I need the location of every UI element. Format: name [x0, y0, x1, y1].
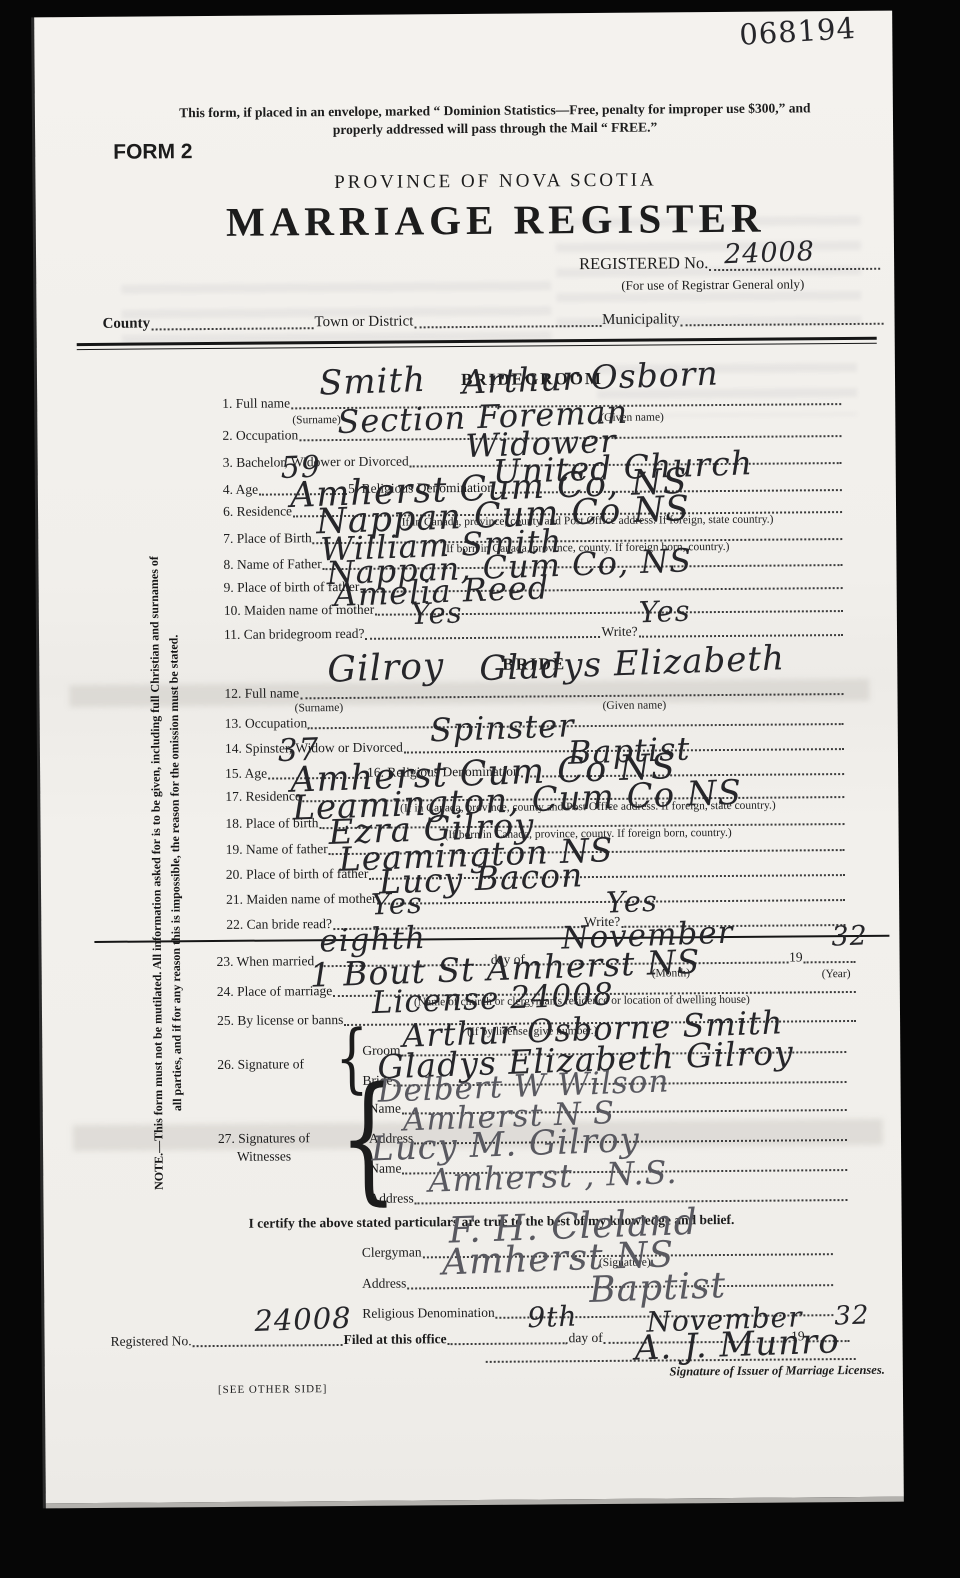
dotted-line — [308, 720, 844, 729]
witnesses-label-line2: Witnesses — [218, 1147, 310, 1165]
given-name-hint: (Given name) — [603, 700, 667, 712]
registrar-note: (For use of Registrar General only) — [621, 276, 804, 293]
address-label: Address — [369, 1191, 413, 1207]
form-sheet: 068194 This form, if placed in an envelo… — [34, 11, 904, 1504]
field-label: 12. Full name — [224, 686, 299, 702]
surname-hint: (Surname) — [292, 415, 341, 427]
witnesses-label: 27. Signatures of Witnesses — [218, 1129, 310, 1165]
field-label: 1. Full name — [222, 396, 290, 412]
dotted-line — [448, 1339, 568, 1345]
handwritten-given-name: Gladys Elizabeth — [479, 641, 786, 686]
filed-label: Filed at this office — [343, 1332, 446, 1348]
field-label: 15. Age — [225, 767, 267, 783]
handwritten-married-year: 32 — [831, 922, 868, 950]
dotted-line — [681, 320, 884, 327]
form-number-label: FORM 2 — [113, 140, 193, 165]
handwritten-can-write: Yes — [638, 597, 691, 628]
handwritten-can-write: Yes — [606, 887, 659, 918]
filed-day: 9th — [527, 1302, 578, 1332]
municipality-label: Municipality — [602, 312, 680, 330]
registered-no-label: REGISTERED No. — [579, 255, 708, 275]
handwritten-given-name: Arthur Osborn — [461, 356, 719, 398]
handwritten-surname: Gilroy — [327, 649, 445, 689]
county-label: County — [103, 316, 151, 333]
field-label: 25. By license or banns — [217, 1013, 343, 1029]
day-of-label: day of — [569, 1331, 603, 1347]
handwritten-can-read: Yes — [410, 598, 463, 629]
year-hint: (Year) — [822, 969, 851, 981]
field-label: 7. Place of Birth — [223, 531, 312, 547]
stamped-serial-number: 068194 — [739, 14, 857, 50]
handwritten-status: Spinster — [429, 709, 575, 746]
registered-no-label: Registered No. — [111, 1334, 192, 1350]
town-label: Town or District — [314, 314, 413, 332]
marriage-register-form-paper: 068194 This form, if placed in an envelo… — [34, 11, 904, 1509]
mail-instruction-note: This form, if placed in an envelope, mar… — [155, 99, 835, 141]
field-label: 13. Occupation — [225, 716, 308, 732]
filed-year: 32 — [834, 1302, 870, 1329]
dotted-line — [639, 631, 843, 638]
scanned-document-page: { "page": { "stamp_number": "068194", "m… — [0, 0, 960, 1578]
write-label: Write? — [601, 625, 637, 641]
province-heading: PROVINCE OF NOVA SCOTIA — [155, 168, 835, 195]
field-label: 4. Age — [223, 483, 258, 499]
address-label: Address — [362, 1277, 406, 1293]
section-divider-rule — [94, 935, 889, 943]
dotted-line — [365, 632, 600, 639]
nineteen-label: 19 — [789, 950, 803, 966]
field-label: 22. Can bride read? — [226, 917, 332, 933]
dotted-line — [151, 324, 313, 330]
issuer-signature: A. J. Munro — [634, 1324, 840, 1365]
signature-of-label: 26. Signature of — [217, 1056, 304, 1073]
see-other-side-note: [SEE OTHER SIDE] — [218, 1383, 328, 1396]
dotted-line — [193, 1341, 343, 1347]
clergyman-label: Clergyman — [362, 1245, 422, 1261]
witnesses-label-line1: 27. Signatures of — [218, 1129, 310, 1147]
field-label: 11. Can bridegroom read? — [224, 627, 365, 644]
registered-no-value: 24008 — [724, 238, 816, 268]
field-label: 8. Name of Father — [223, 557, 321, 573]
handwritten-surname: Smith — [318, 363, 426, 401]
dotted-line — [300, 690, 843, 699]
filed-registered-no: 24008 — [254, 1304, 352, 1336]
handwritten-can-read: Yes — [371, 889, 424, 920]
dotted-line — [804, 957, 856, 962]
witness2-address: Amherst , N.S. — [428, 1156, 678, 1197]
dotted-line — [414, 322, 601, 328]
field-label: 2. Occupation — [222, 428, 298, 444]
issuer-signature-label: Signature of Issuer of Marriage Licenses… — [565, 1363, 885, 1381]
denomination-label: Religious Denomination — [362, 1306, 494, 1323]
field-label: 23. When married — [217, 954, 315, 970]
side-note-vertical: NOTE.—This form must not be mutilated. A… — [145, 549, 187, 1197]
field-label: 21. Maiden name of mother — [226, 892, 376, 909]
surname-hint: (Surname) — [295, 703, 344, 715]
field-label: 19. Name of father — [226, 842, 328, 858]
field-label: 6. Residence — [223, 504, 292, 520]
